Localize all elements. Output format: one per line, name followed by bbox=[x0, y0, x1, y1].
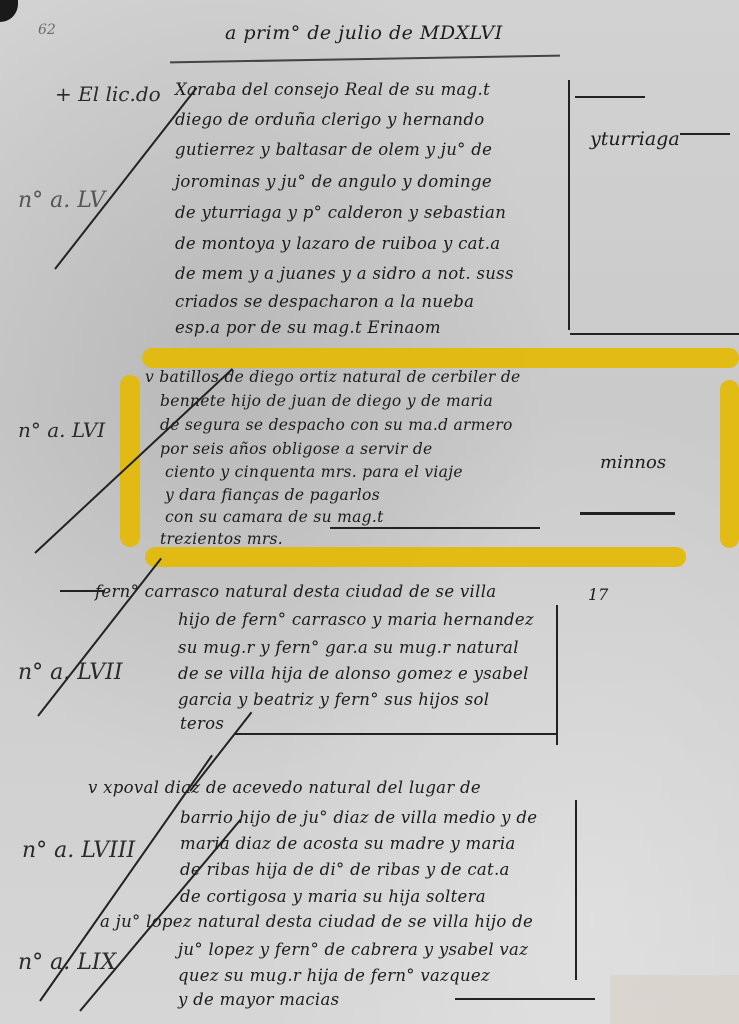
rule bbox=[575, 96, 645, 98]
entry-2-line: v batillos de diego ortiz natural de cer… bbox=[145, 368, 521, 386]
entry-4-line: barrio hijo de ju° diaz de villa medio y… bbox=[180, 808, 537, 827]
rule bbox=[330, 527, 540, 529]
entry-1-line: de yturriaga y p° calderon y sebastian bbox=[175, 203, 506, 222]
entry-3-side-note: 17 bbox=[588, 585, 608, 604]
entry-2-line: trezientos mrs. bbox=[160, 530, 283, 548]
folio-mark: 62 bbox=[38, 22, 56, 38]
entry-1-line: diego de orduña clerigo y hernando bbox=[175, 110, 484, 129]
entry-2-line: por seis años obligose a servir de bbox=[160, 440, 433, 458]
paper-stain bbox=[610, 975, 739, 1024]
rule bbox=[455, 998, 595, 1000]
rule bbox=[570, 333, 739, 335]
rule bbox=[680, 133, 730, 135]
heading-underline bbox=[170, 55, 560, 64]
entry-2-line: bennete hijo de juan de diego y de maria bbox=[160, 392, 493, 410]
entry-1-line: de mem y a juanes y a sidro a not. suss bbox=[175, 264, 514, 283]
entry-3-line: hijo de fern° carrasco y maria hernandez bbox=[178, 610, 534, 629]
entry-2-line: con su camara de su mag.t bbox=[165, 508, 384, 526]
highlight-top-bar bbox=[142, 348, 739, 368]
entry-1-line: esp.a por de su mag.t Erinaom bbox=[175, 318, 441, 337]
entry-5-line: quez su mug.r hija de fern° vazquez bbox=[178, 966, 490, 985]
entry-1-line: jorominas y ju° de angulo y dominge bbox=[175, 172, 492, 191]
entry-3-line: de se villa hija de alonso gomez e ysabe… bbox=[178, 664, 529, 683]
rule bbox=[60, 590, 105, 592]
entry-1-margin-number: n° a. LV bbox=[18, 188, 105, 213]
entry-3-line: fern° carrasco natural desta ciudad de s… bbox=[95, 582, 496, 601]
entry-1-brace bbox=[568, 80, 570, 330]
entry-3-line: garcia y beatriz y fern° sus hijos sol bbox=[178, 690, 489, 709]
entry-3-line: su mug.r y fern° gar.a su mug.r natural bbox=[178, 638, 519, 657]
entry-4-line: v xpoval diaz de acevedo natural del lug… bbox=[88, 778, 481, 797]
entry-4-line: de ribas hija de di° de ribas y de cat.a bbox=[180, 860, 510, 879]
entry-3-brace bbox=[556, 605, 558, 745]
entry-4-line: maria diaz de acosta su madre y maria bbox=[180, 834, 516, 853]
highlight-bottom-bar bbox=[145, 547, 686, 567]
entry-5-line: y de mayor macias bbox=[178, 990, 339, 1009]
rule bbox=[235, 733, 557, 735]
entry-1-line: Xaraba del consejo Real de su mag.t bbox=[175, 80, 490, 99]
entry-1-line: criados se despacharon a la nueba bbox=[175, 292, 474, 311]
entry-2-line: de segura se despacho con su ma.d armero bbox=[160, 416, 513, 434]
entry-2-side-note: minnos bbox=[600, 452, 666, 473]
entry-2-margin-number: n° a. LVI bbox=[18, 418, 105, 442]
entry-2-line: y dara fianças de pagarlos bbox=[165, 486, 380, 504]
entry-1-title-prefix: + El lic.do bbox=[55, 82, 161, 106]
manuscript-page: 62 a prim° de julio de MDXLVI + El lic.d… bbox=[0, 0, 739, 1024]
entry-1-side-note: yturriaga bbox=[590, 128, 680, 150]
highlight-right-bar bbox=[720, 380, 739, 548]
entry-1-line: de montoya y lazaro de ruiboa y cat.a bbox=[175, 234, 500, 253]
entry-2-line: ciento y cinquenta mrs. para el viaje bbox=[165, 463, 463, 481]
entry-4-margin-number: n° a. LVIII bbox=[22, 838, 135, 863]
highlight-left-bar bbox=[120, 375, 140, 547]
entry-5-line: ju° lopez y fern° de cabrera y ysabel va… bbox=[178, 940, 528, 959]
entry-3-line: teros bbox=[180, 714, 224, 733]
entry-1-line: gutierrez y baltasar de olem y ju° de bbox=[175, 140, 492, 159]
entry-4-5-brace bbox=[575, 800, 577, 980]
rule bbox=[580, 512, 675, 515]
entry-4-line: de cortigosa y maria su hija soltera bbox=[180, 887, 486, 906]
scan-corner-shadow bbox=[0, 0, 18, 22]
entry-5-line: a ju° lopez natural desta ciudad de se v… bbox=[100, 912, 533, 931]
page-heading: a prim° de julio de MDXLVI bbox=[225, 22, 503, 44]
entry-5-margin-number: n° a. LIX bbox=[18, 950, 116, 975]
